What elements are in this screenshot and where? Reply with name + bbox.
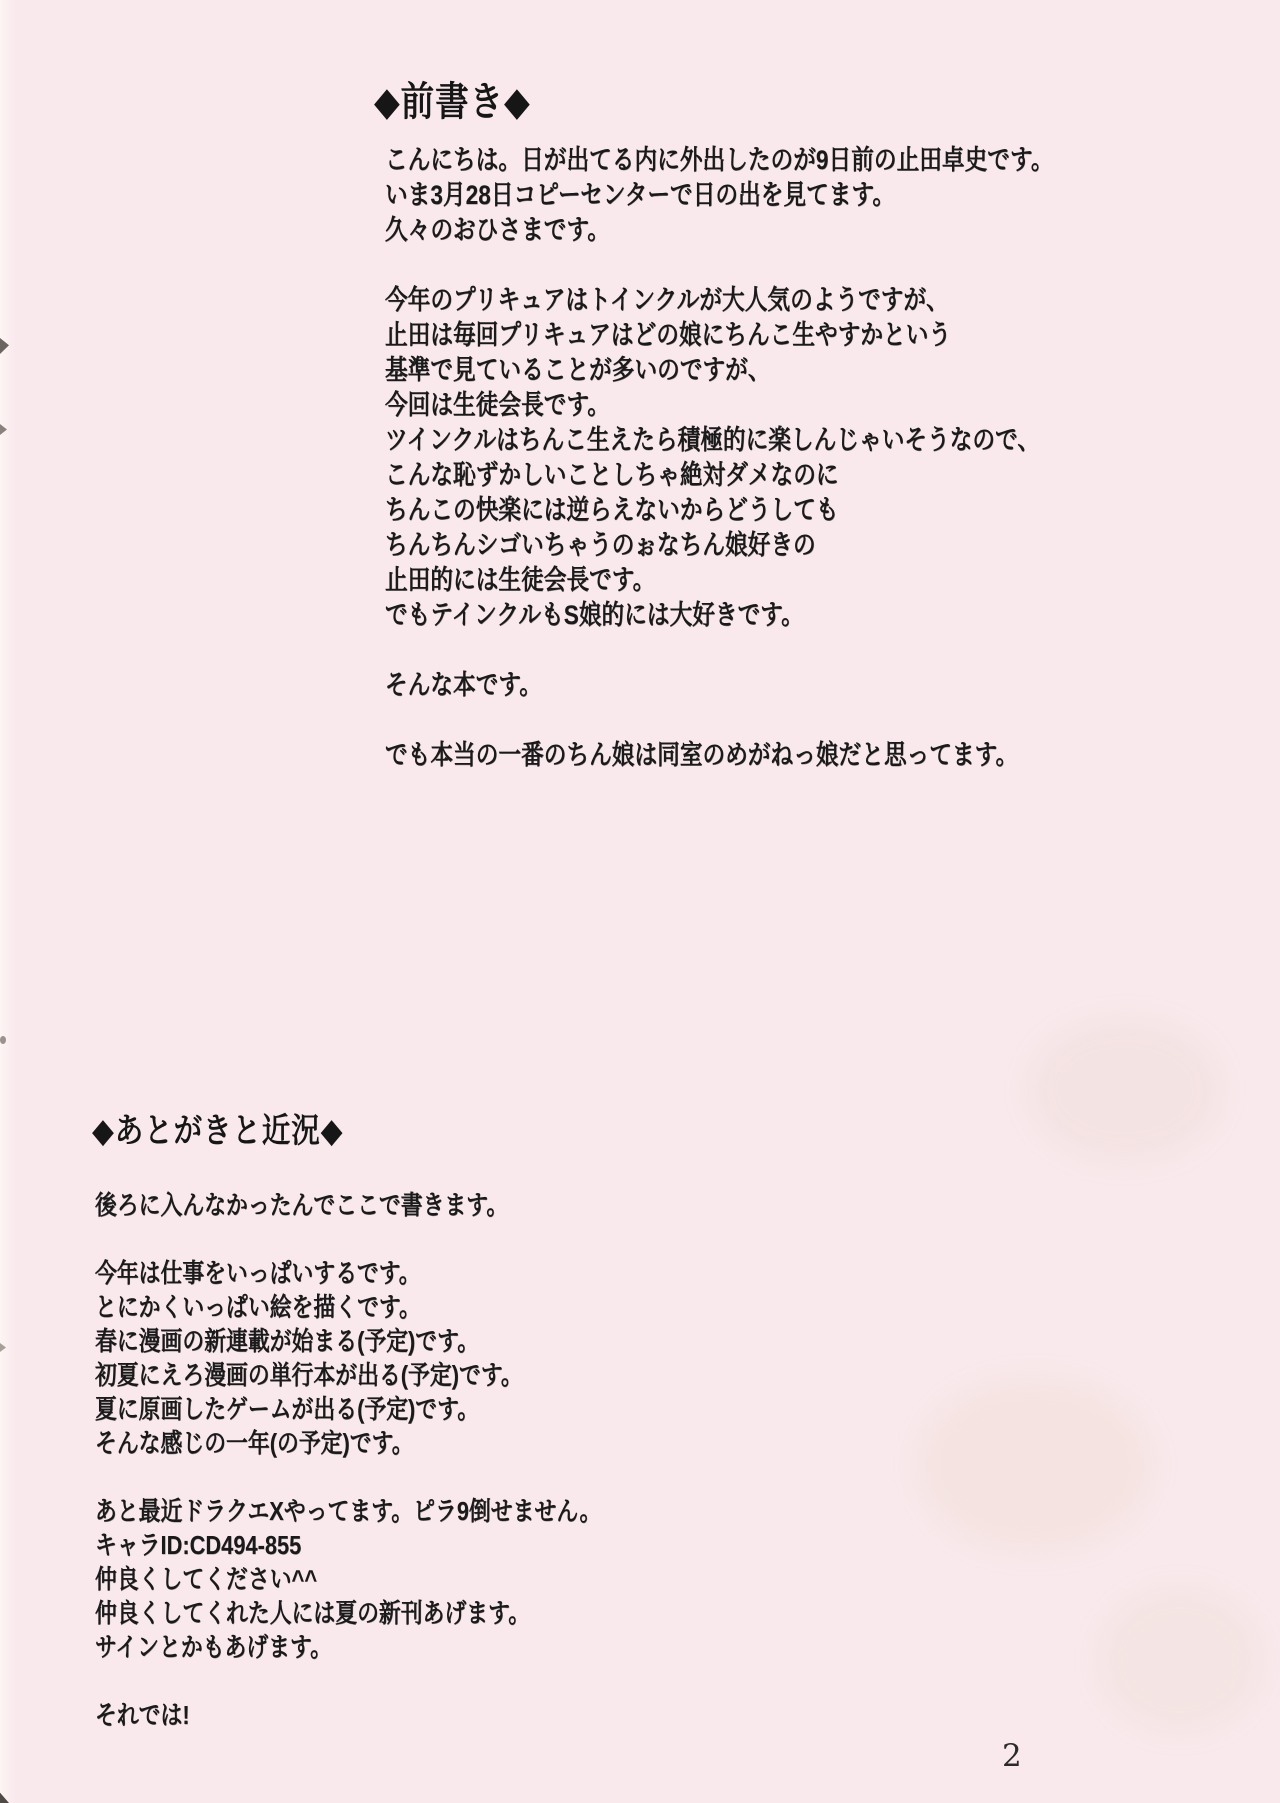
scan-artifact: [0, 338, 9, 354]
text-line: 仲良くしてください^^: [95, 1562, 601, 1596]
text-line: 今年のプリキュアはトインクルが大人気のようですが、: [385, 283, 1054, 318]
paragraph: それでは!: [95, 1698, 601, 1732]
foreword-body: こんにちは。日が出てる内に外出したのが9日前の止田卓史です。いま3月28日コピー…: [385, 143, 1054, 773]
text-line: 後ろに入んなかったんでここで書きます。: [95, 1188, 601, 1222]
text-line: 春に漫画の新連載が始まる(予定)です。: [95, 1324, 601, 1358]
paragraph: 今年は仕事をいっぱいするです。とにかくいっぱい絵を描くです。春に漫画の新連載が始…: [95, 1256, 601, 1460]
scan-smudge: [1030, 1020, 1220, 1160]
text-line: そんな本です。: [385, 668, 1054, 703]
scan-smudge: [920, 1380, 1150, 1550]
text-line: そんな感じの一年(の予定)です。: [95, 1426, 601, 1460]
text-line: ちんこの快楽には逆らえないからどうしても: [385, 493, 1054, 528]
text-line: 基準で見ていることが多いのですが、: [385, 353, 1054, 388]
text-line: でもテインクルもS娘的には大好きです。: [385, 598, 1054, 633]
text-line: 久々のおひさまです。: [385, 213, 1054, 248]
paragraph: こんにちは。日が出てる内に外出したのが9日前の止田卓史です。いま3月28日コピー…: [385, 143, 1054, 248]
scan-artifact: [0, 424, 7, 435]
foreword-heading: ◆前書き◆: [374, 70, 531, 127]
text-line: あと最近ドラクエXやってます。ピラ9倒せません。: [95, 1494, 601, 1528]
paragraph: 今年のプリキュアはトインクルが大人気のようですが、止田は毎回プリキュアはどの娘に…: [385, 283, 1054, 633]
text-line: それでは!: [95, 1698, 601, 1732]
text-line: でも本当の一番のちん娘は同室のめがねっ娘だと思ってます。: [385, 738, 1054, 773]
afterword-body: 後ろに入んなかったんでここで書きます。今年は仕事をいっぱいするです。とにかくいっ…: [95, 1188, 601, 1732]
text-line: 夏に原画したゲームが出る(予定)です。: [95, 1392, 601, 1426]
scan-smudge: [1100, 1590, 1260, 1730]
text-line: とにかくいっぱい絵を描くです。: [95, 1290, 601, 1324]
text-line: いま3月28日コピーセンターで日の出を見てます。: [385, 178, 1054, 213]
scanned-page: ◆前書き◆ こんにちは。日が出てる内に外出したのが9日前の止田卓史です。いま3月…: [0, 0, 1280, 1803]
text-line: こんな恥ずかしいことしちゃ絶対ダメなのに: [385, 458, 1054, 493]
paragraph: でも本当の一番のちん娘は同室のめがねっ娘だと思ってます。: [385, 738, 1054, 773]
paper-edge: [0, 0, 16, 1803]
text-line: 止田は毎回プリキュアはどの娘にちんこ生やすかという: [385, 318, 1054, 353]
text-line: こんにちは。日が出てる内に外出したのが9日前の止田卓史です。: [385, 143, 1054, 178]
text-line: 今年は仕事をいっぱいするです。: [95, 1256, 601, 1290]
text-line: 仲良くしてくれた人には夏の新刊あげます。: [95, 1596, 601, 1630]
page-number: 2: [1002, 1738, 1022, 1774]
afterword-heading: ◆あとがきと近況◆: [92, 1103, 343, 1152]
paragraph: そんな本です。: [385, 668, 1054, 703]
scan-artifact: [0, 1343, 6, 1352]
text-line: 止田的には生徒会長です。: [385, 563, 1054, 598]
text-line: 今回は生徒会長です。: [385, 388, 1054, 423]
scan-artifact: [0, 1790, 9, 1803]
scan-artifact: [0, 1036, 6, 1044]
text-line: ちんちんシゴいちゃうのぉなちん娘好きの: [385, 528, 1054, 563]
text-line: ツインクルはちんこ生えたら積極的に楽しんじゃいそうなので、: [385, 423, 1054, 458]
paragraph: あと最近ドラクエXやってます。ピラ9倒せません。キャラID:CD494-855仲…: [95, 1494, 601, 1664]
text-line: キャラID:CD494-855: [95, 1528, 601, 1562]
paragraph: 後ろに入んなかったんでここで書きます。: [95, 1188, 601, 1222]
text-line: 初夏にえろ漫画の単行本が出る(予定)です。: [95, 1358, 601, 1392]
text-line: サインとかもあげます。: [95, 1630, 601, 1664]
